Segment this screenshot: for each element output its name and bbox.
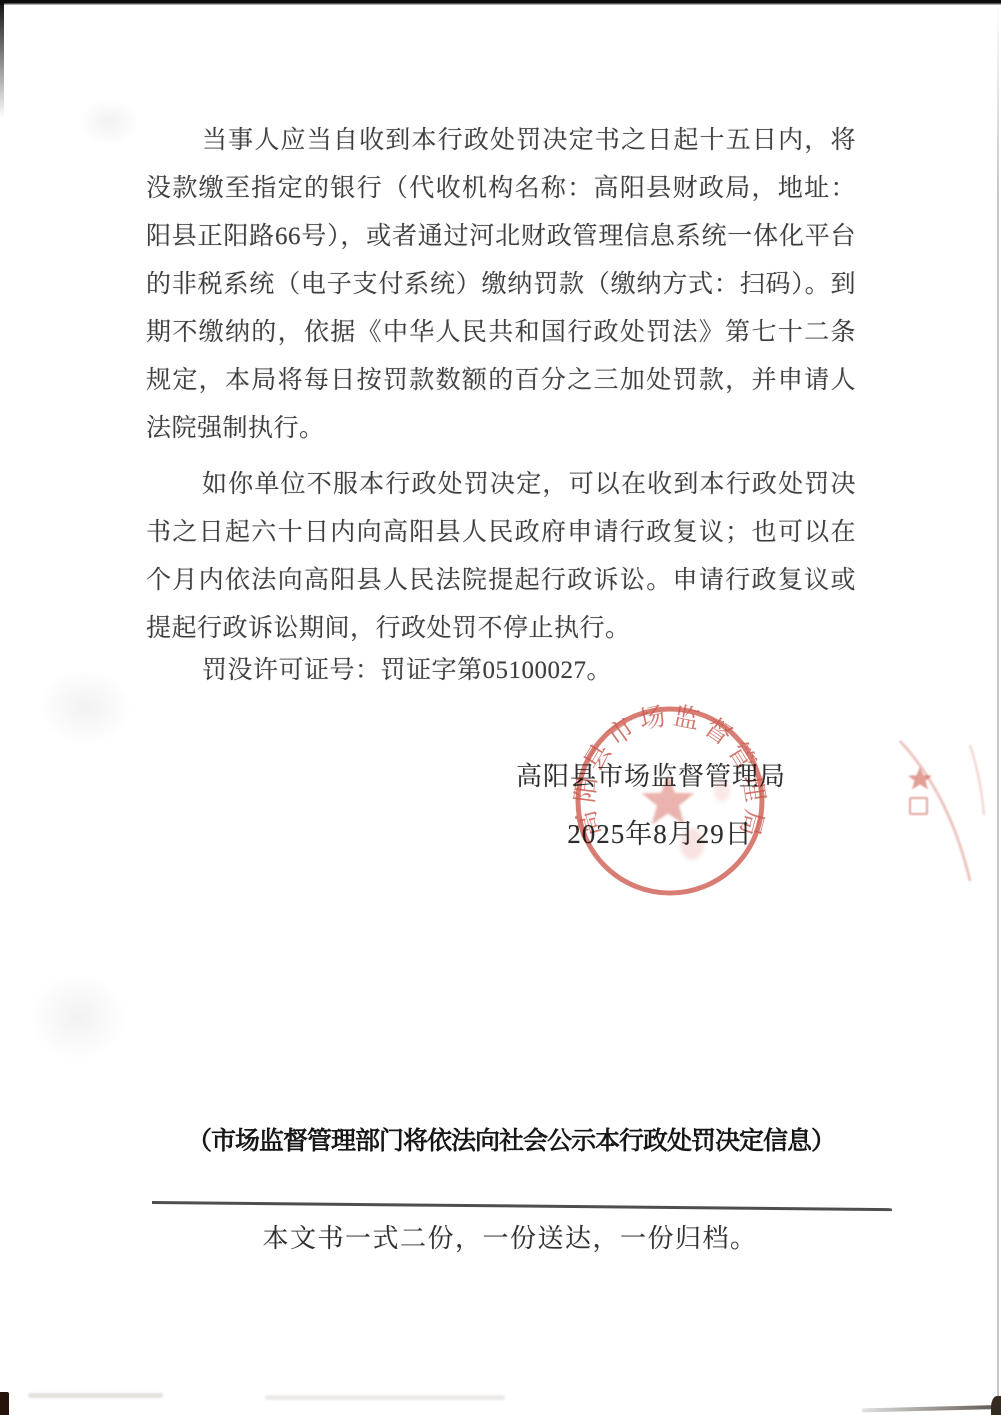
official-seal: 高阳县市场监督管理局	[572, 702, 768, 900]
text-line: 的非税系统（电子支付系统）缴纳罚款（缴纳方式：扫码）。到	[146, 261, 856, 309]
svg-text:高阳县市场监督管理局: 高阳县市场监督管理局	[572, 702, 768, 841]
scanned-document-page: 当事人应当自收到本行政处罚决定书之日起十五日内，将罚 没款缴至指定的银行（代收机…	[0, 0, 1001, 1415]
footer-divider-line	[152, 1201, 892, 1211]
scan-edge-bottom-right	[862, 1405, 1001, 1412]
text-line: 提起行政诉讼期间，行政处罚不停止执行。	[146, 605, 856, 653]
seal-ink-blot	[714, 778, 730, 802]
scan-edge-top	[0, 0, 1001, 5]
text-line: 阳县正阳路66号），或者通过河北财政管理信息系统一体化平台	[146, 213, 856, 261]
text-line: 罚没许可证号：罚证字第05100027。	[146, 647, 856, 695]
text-line: 没款缴至指定的银行（代收机构名称：高阳县财政局，地址：高	[146, 165, 856, 213]
seal-ring-text: 高阳县市场监督管理局	[572, 702, 768, 841]
edge-seal-star-icon	[908, 767, 932, 789]
text-line: 法院强制执行。	[146, 405, 856, 453]
text-line: 个月内依法向高阳县人民法院提起行政诉讼。申请行政复议或者	[146, 557, 856, 605]
scan-edge-left	[0, 0, 4, 118]
text-line: 期不缴纳的，依据《中华人民共和国行政处罚法》第七十二条的	[146, 309, 856, 357]
scan-smudge	[28, 972, 128, 1062]
scan-smudge	[38, 668, 133, 746]
scan-streak	[265, 1395, 505, 1400]
copies-distribution-note: 本文书一式二份，一份送达，一份归档。	[110, 1218, 910, 1255]
paragraph-penalty-license-number: 罚没许可证号：罚证字第05100027。	[146, 647, 856, 695]
text-line: 当事人应当自收到本行政处罚决定书之日起十五日内，将罚	[146, 117, 856, 165]
scan-corner-mark-bottom-left	[0, 1392, 9, 1415]
paragraph-appeal-rights: 如你单位不服本行政处罚决定，可以在收到本行政处罚决定 书之日起六十日内向高阳县人…	[146, 461, 856, 653]
edge-seal-fragment	[878, 703, 1001, 903]
document-body: 当事人应当自收到本行政处罚决定书之日起十五日内，将罚 没款缴至指定的银行（代收机…	[146, 117, 856, 695]
edge-seal-glyph-mark	[910, 798, 927, 814]
text-line: 如你单位不服本行政处罚决定，可以在收到本行政处罚决定	[146, 461, 856, 509]
paragraph-payment-instructions: 当事人应当自收到本行政处罚决定书之日起十五日内，将罚 没款缴至指定的银行（代收机…	[146, 117, 856, 453]
edge-seal-arc	[970, 745, 984, 815]
seal-ink-blot	[680, 828, 704, 860]
text-line: 规定，本局将每日按罚款数额的百分之三加处罚款，并申请人民	[146, 357, 856, 405]
public-disclosure-notice: （市场监督管理部门将依法向社会公示本行政处罚决定信息）	[31, 1121, 991, 1157]
scan-streak	[28, 1393, 163, 1398]
seal-star-icon	[641, 774, 694, 825]
scan-smudge	[78, 98, 140, 146]
text-line: 书之日起六十日内向高阳县人民政府申请行政复议；也可以在六	[146, 509, 856, 557]
